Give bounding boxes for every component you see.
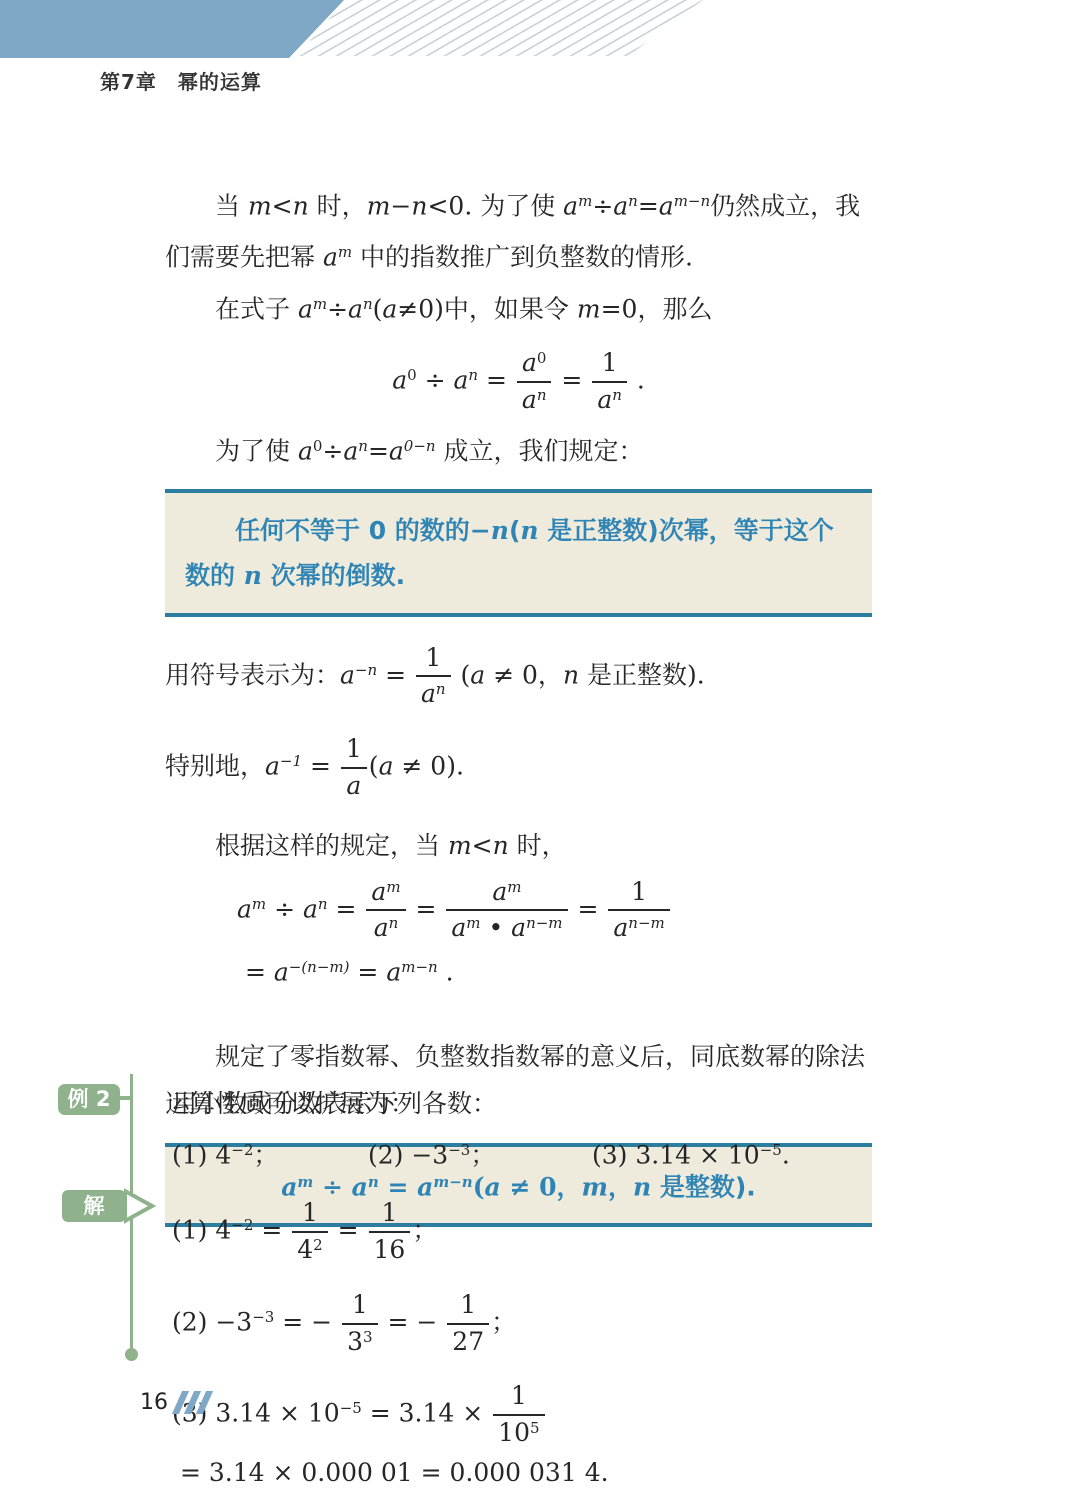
- example-items: (1) 4−2； (2) −3−3； (3) 3.14 × 10−5.: [172, 1127, 872, 1178]
- formula-am-div-an-derivation: am ÷ an = aman = amam • an−m = 1an−m = a…: [165, 869, 872, 1004]
- solution-line-2: (2) −3−3 = − 133 = − 127；: [172, 1282, 872, 1366]
- solution-arrow-icon: [124, 1188, 156, 1224]
- example-item-2: (2) −3−3；: [368, 1127, 592, 1178]
- page-number: 16: [140, 1390, 168, 1415]
- paragraph-we-define: 为了使 a0÷an=a0−n 成立，我们规定：: [165, 423, 872, 474]
- example-rail-dot: [125, 1348, 138, 1361]
- header-accent-shape: [0, 0, 344, 58]
- formula-special-case: 特别地，a−1 = 1a(a ≠ 0).: [165, 726, 872, 810]
- solution-line-1: (1) 4−2 = 142 = 116；: [172, 1190, 872, 1274]
- example-item-1: (1) 4−2；: [172, 1127, 368, 1178]
- page-slashes-icon: [177, 1391, 208, 1414]
- definition-box-negative-power: 任何不等于 0 的数的−n(n 是正整数)次幂，等于这个数的 n 次幂的倒数.: [165, 489, 872, 617]
- solution-line-3: (3) 3.14 × 10−5 = 3.14 × 1105 = 3.14 × 0…: [172, 1373, 872, 1504]
- main-content: 当 m<n 时，m−n<0. 为了使 am÷an=am−n仍然成立，我们需要先把…: [165, 178, 872, 1227]
- paragraph-by-this-rule: 根据这样的规定，当 m<n 时，: [165, 822, 872, 869]
- solution-badge: 解: [62, 1190, 126, 1222]
- chapter-title: 第7章 幂的运算: [100, 66, 262, 95]
- formula-a0-div-an: a0 ÷ an = a0an = 1an .: [165, 340, 872, 424]
- example-section: 例 2 解 用小数或分数表示下列各数： (1) 4−2； (2) −3−3； (…: [0, 1080, 1082, 1504]
- header-stripes-pattern: [288, 0, 703, 56]
- example-item-3: (3) 3.14 × 10−5.: [592, 1127, 790, 1178]
- example-intro: 用小数或分数表示下列各数：: [172, 1080, 872, 1127]
- formula-symbolic-definition: 用符号表示为：a−n = 1an (a ≠ 0，n 是正整数).: [165, 635, 872, 719]
- paragraph-let-m-equal-0: 在式子 am÷an(a≠0)中，如果令 m=0，那么: [165, 281, 872, 332]
- example-badge: 例 2: [58, 1084, 120, 1115]
- textbook-page: 第7章 幂的运算 当 m<n 时，m−n<0. 为了使 am÷an=am−n仍然…: [0, 0, 1082, 1508]
- definition-text: 任何不等于 0 的数的−n(n 是正整数)次幂，等于这个数的 n 次幂的倒数.: [185, 508, 852, 598]
- example-content: 用小数或分数表示下列各数： (1) 4−2； (2) −3−3； (3) 3.1…: [172, 1080, 872, 1504]
- paragraph-intro-negative-exponents: 当 m<n 时，m−n<0. 为了使 am÷an=am−n仍然成立，我们需要先把…: [165, 178, 872, 281]
- page-footer: 16: [140, 1390, 208, 1415]
